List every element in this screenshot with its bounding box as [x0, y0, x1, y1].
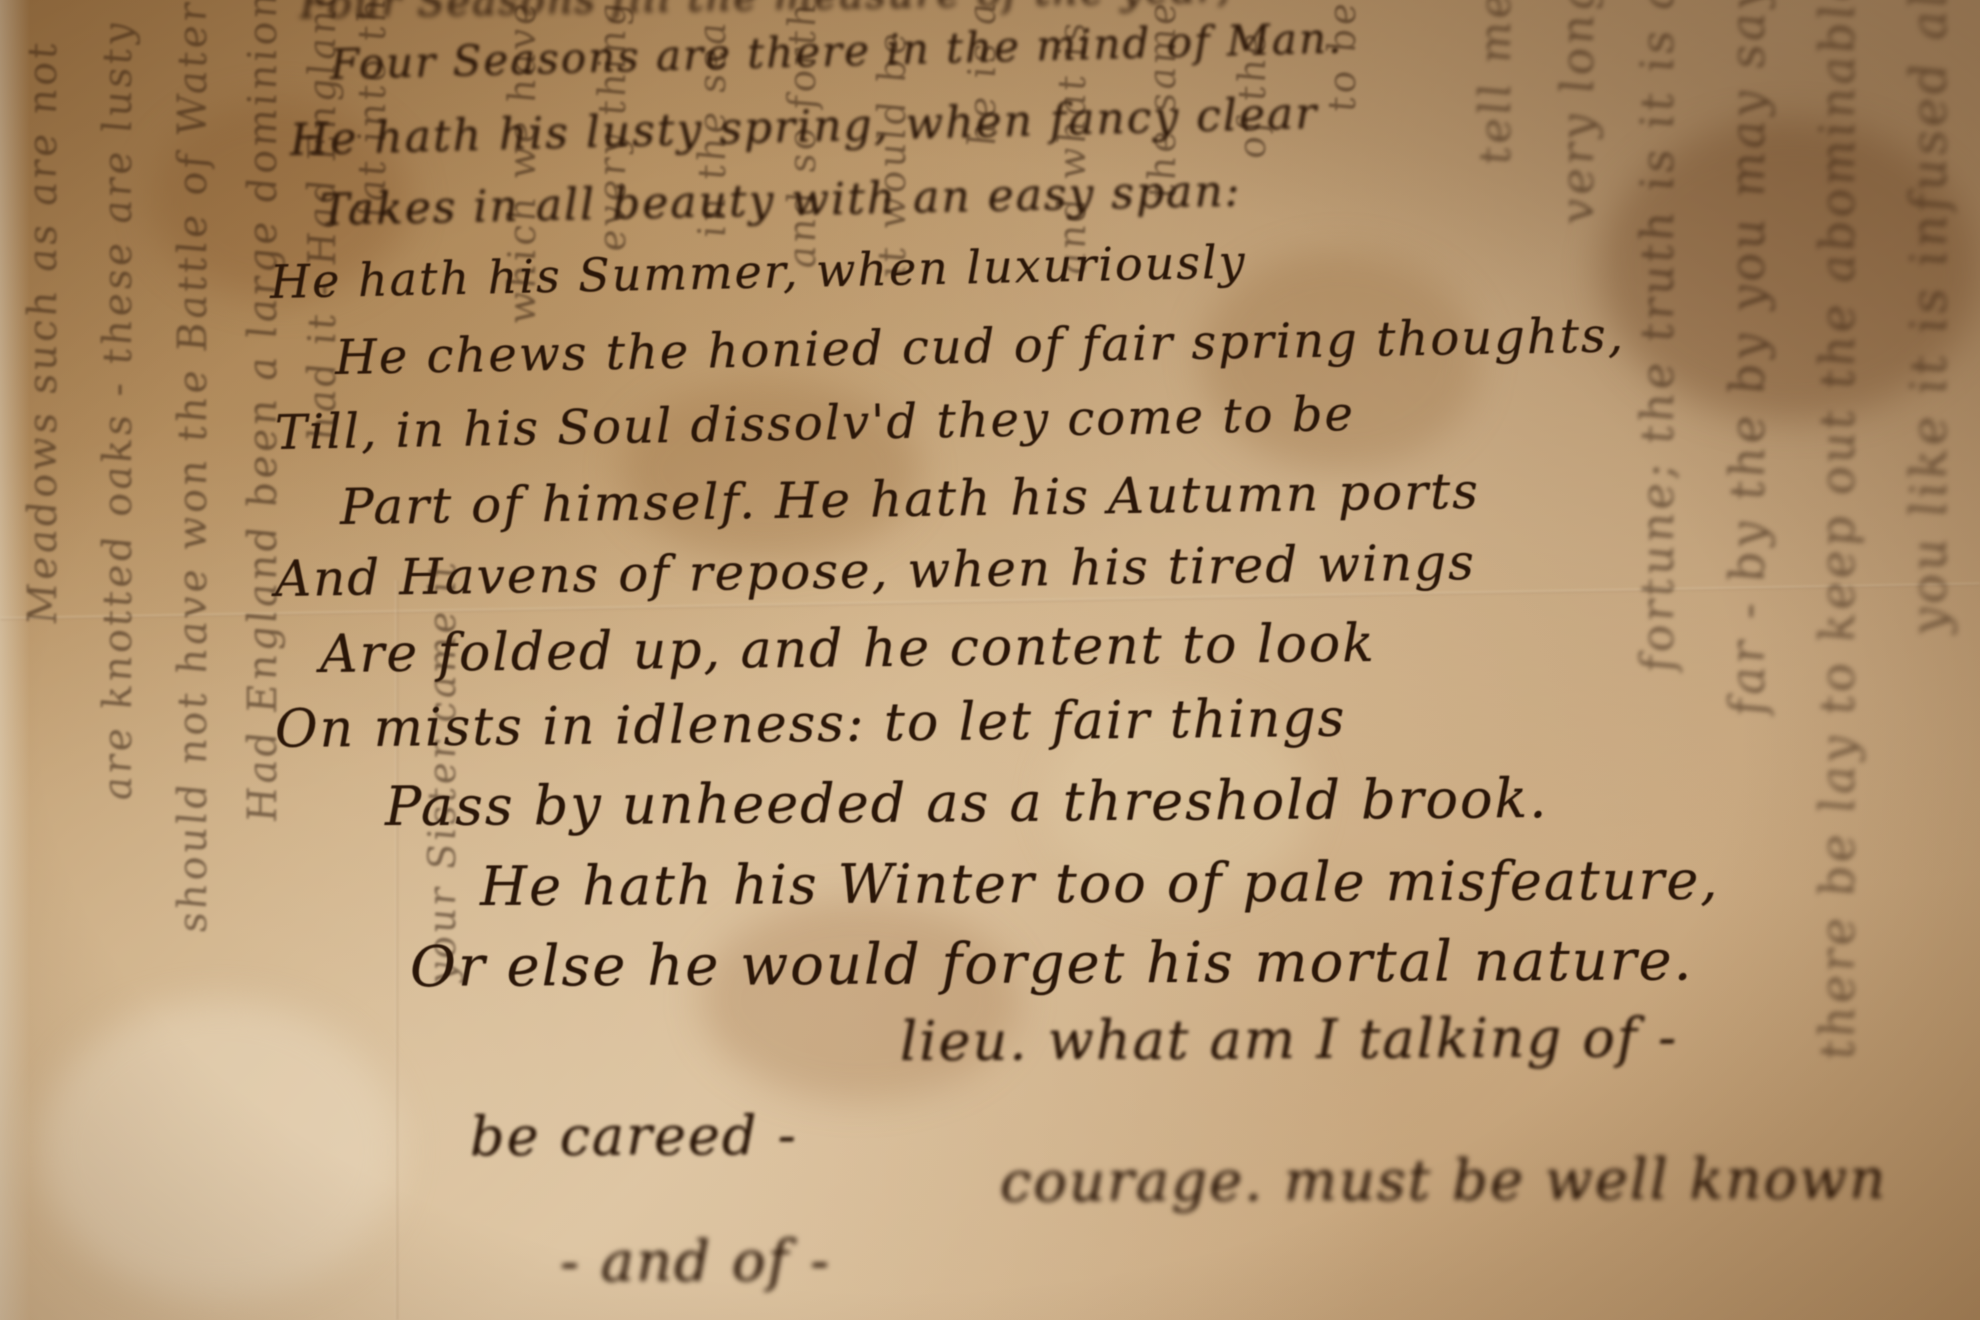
- manuscript-line: courage. must be well known: [1000, 1147, 1888, 1215]
- manuscript-line: Are folded up, and he content to look: [320, 614, 1376, 685]
- manuscript-line: He hath his Winter too of pale misfeatur…: [480, 849, 1720, 918]
- manuscript-line: Part of himself. He hath his Autumn port…: [340, 462, 1481, 536]
- manuscript-line: On mists in idleness: to let fair things: [275, 689, 1347, 760]
- manuscript-line: He hath his Summer, when luxuriously: [269, 235, 1247, 309]
- manuscript-line: lieu. what am I talking of -: [900, 1006, 1679, 1073]
- manuscript-line: be careed -: [470, 1104, 798, 1168]
- manuscript-line: And Havens of repose, when his tired win…: [275, 533, 1477, 608]
- manuscript-line: Pass by unheeded as a threshold brook.: [385, 767, 1549, 838]
- manuscript-line: - and of -: [560, 1229, 831, 1295]
- manuscript-line: Takes in all beauty with an easy span:: [319, 166, 1241, 236]
- manuscript-line: He hath his lusty spring, when fancy cle…: [289, 88, 1319, 166]
- manuscript-line: Till, in his Soul dissolv'd they come to…: [275, 386, 1356, 461]
- sonnet-text: Four Seasons fill the measure of the yea…: [0, 0, 1980, 1320]
- manuscript-line: He chews the honied cud of fair spring t…: [335, 307, 1626, 386]
- manuscript-photo: Meadows such as are not are knotted oaks…: [0, 0, 1980, 1320]
- manuscript-line: Or else he would forget his mortal natur…: [410, 928, 1694, 1000]
